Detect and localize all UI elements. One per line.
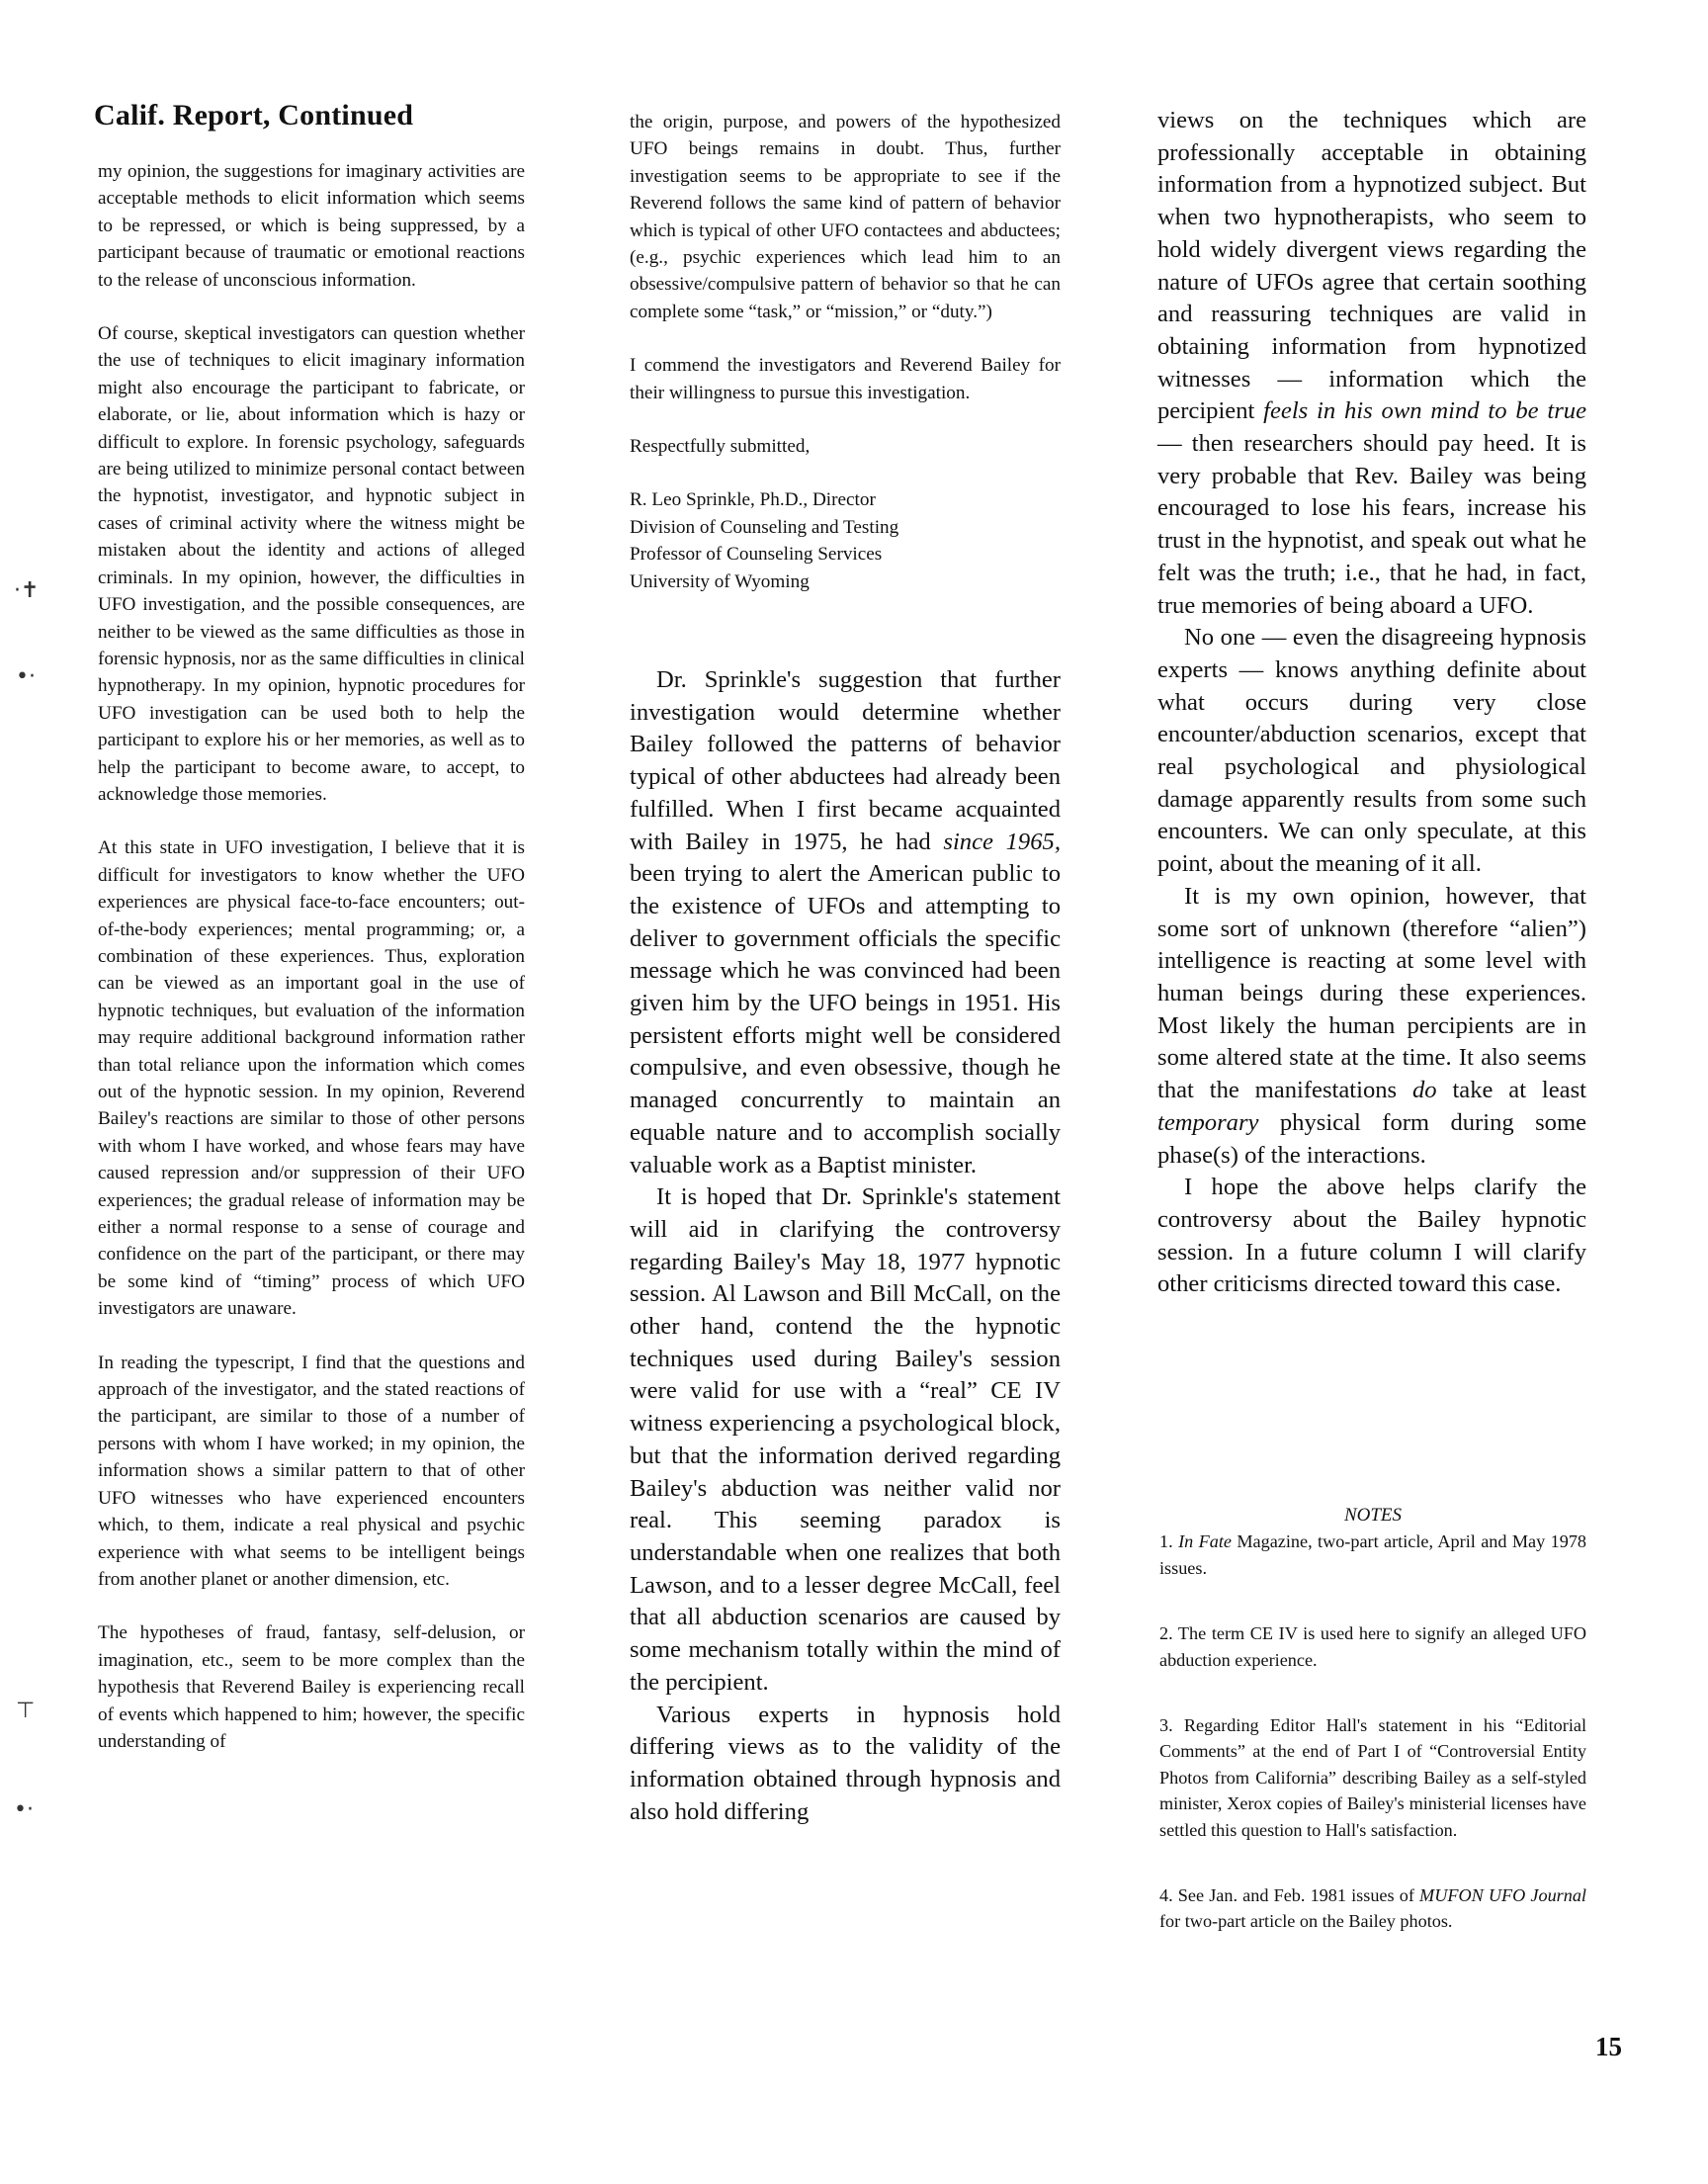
note-3: 3. Regarding Editor Hall's statement in … [1159,1712,1586,1843]
note-4: 4. See Jan. and Feb. 1981 issues of MUFO… [1159,1882,1586,1935]
signature-name: R. Leo Sprinkle, Ph.D., Director [630,486,1061,513]
letter-paragraph: At this state in UFO investigation, I be… [98,834,525,1322]
page-number: 15 [1595,2032,1622,2062]
letter-paragraph: my opinion, the suggestions for imaginar… [98,158,525,294]
article-paragraph: It is my own opinion, however, that some… [1157,881,1586,1172]
article-middle-column: Dr. Sprinkle's suggestion that further i… [630,664,1061,1828]
notes-title: NOTES [1159,1503,1586,1529]
signature-division: Division of Counseling and Testing [630,514,1061,541]
article-paragraph: views on the techniques which are profes… [1157,105,1586,622]
margin-scan-mark: •· [16,664,36,689]
article-paragraph: Dr. Sprinkle's suggestion that further i… [630,664,1061,1181]
letter-left-column: my opinion, the suggestions for imaginar… [98,158,525,1782]
letter-paragraph: I commend the investigators and Reverend… [630,352,1061,406]
letter-paragraph: Of course, skeptical investigators can q… [98,320,525,808]
letter-closing: Respectfully submitted, [630,433,1061,460]
article-paragraph: No one — even the disagreeing hypnosis e… [1157,622,1586,881]
signature-block: R. Leo Sprinkle, Ph.D., Director Divisio… [630,486,1061,595]
letter-paragraph: The hypotheses of fraud, fantasy, self-d… [98,1619,525,1755]
signature-title: Professor of Counseling Services [630,541,1061,568]
page-title: Calif. Report, Continued [94,99,413,132]
margin-scan-mark: ⊤ [16,1699,35,1723]
article-paragraph: Various experts in hypnosis hold differi… [630,1700,1061,1829]
note-1: 1. In Fate Magazine, two-part article, A… [1159,1529,1586,1581]
margin-scan-mark: •· [14,1797,34,1822]
letter-middle-column: the origin, purpose, and powers of the h… [630,109,1061,595]
letter-paragraph: the origin, purpose, and powers of the h… [630,109,1061,325]
signature-university: University of Wyoming [630,568,1061,595]
article-paragraph: I hope the above helps clarify the contr… [1157,1172,1586,1301]
letter-paragraph: In reading the typescript, I find that t… [98,1350,525,1594]
article-paragraph: It is hoped that Dr. Sprinkle's statemen… [630,1181,1061,1699]
notes-section: NOTES 1. In Fate Magazine, two-part arti… [1159,1503,1586,1974]
note-2: 2. The term CE IV is used here to signif… [1159,1620,1586,1673]
margin-scan-mark: ·✝ [14,578,39,603]
article-right-column: views on the techniques which are profes… [1157,105,1586,1301]
